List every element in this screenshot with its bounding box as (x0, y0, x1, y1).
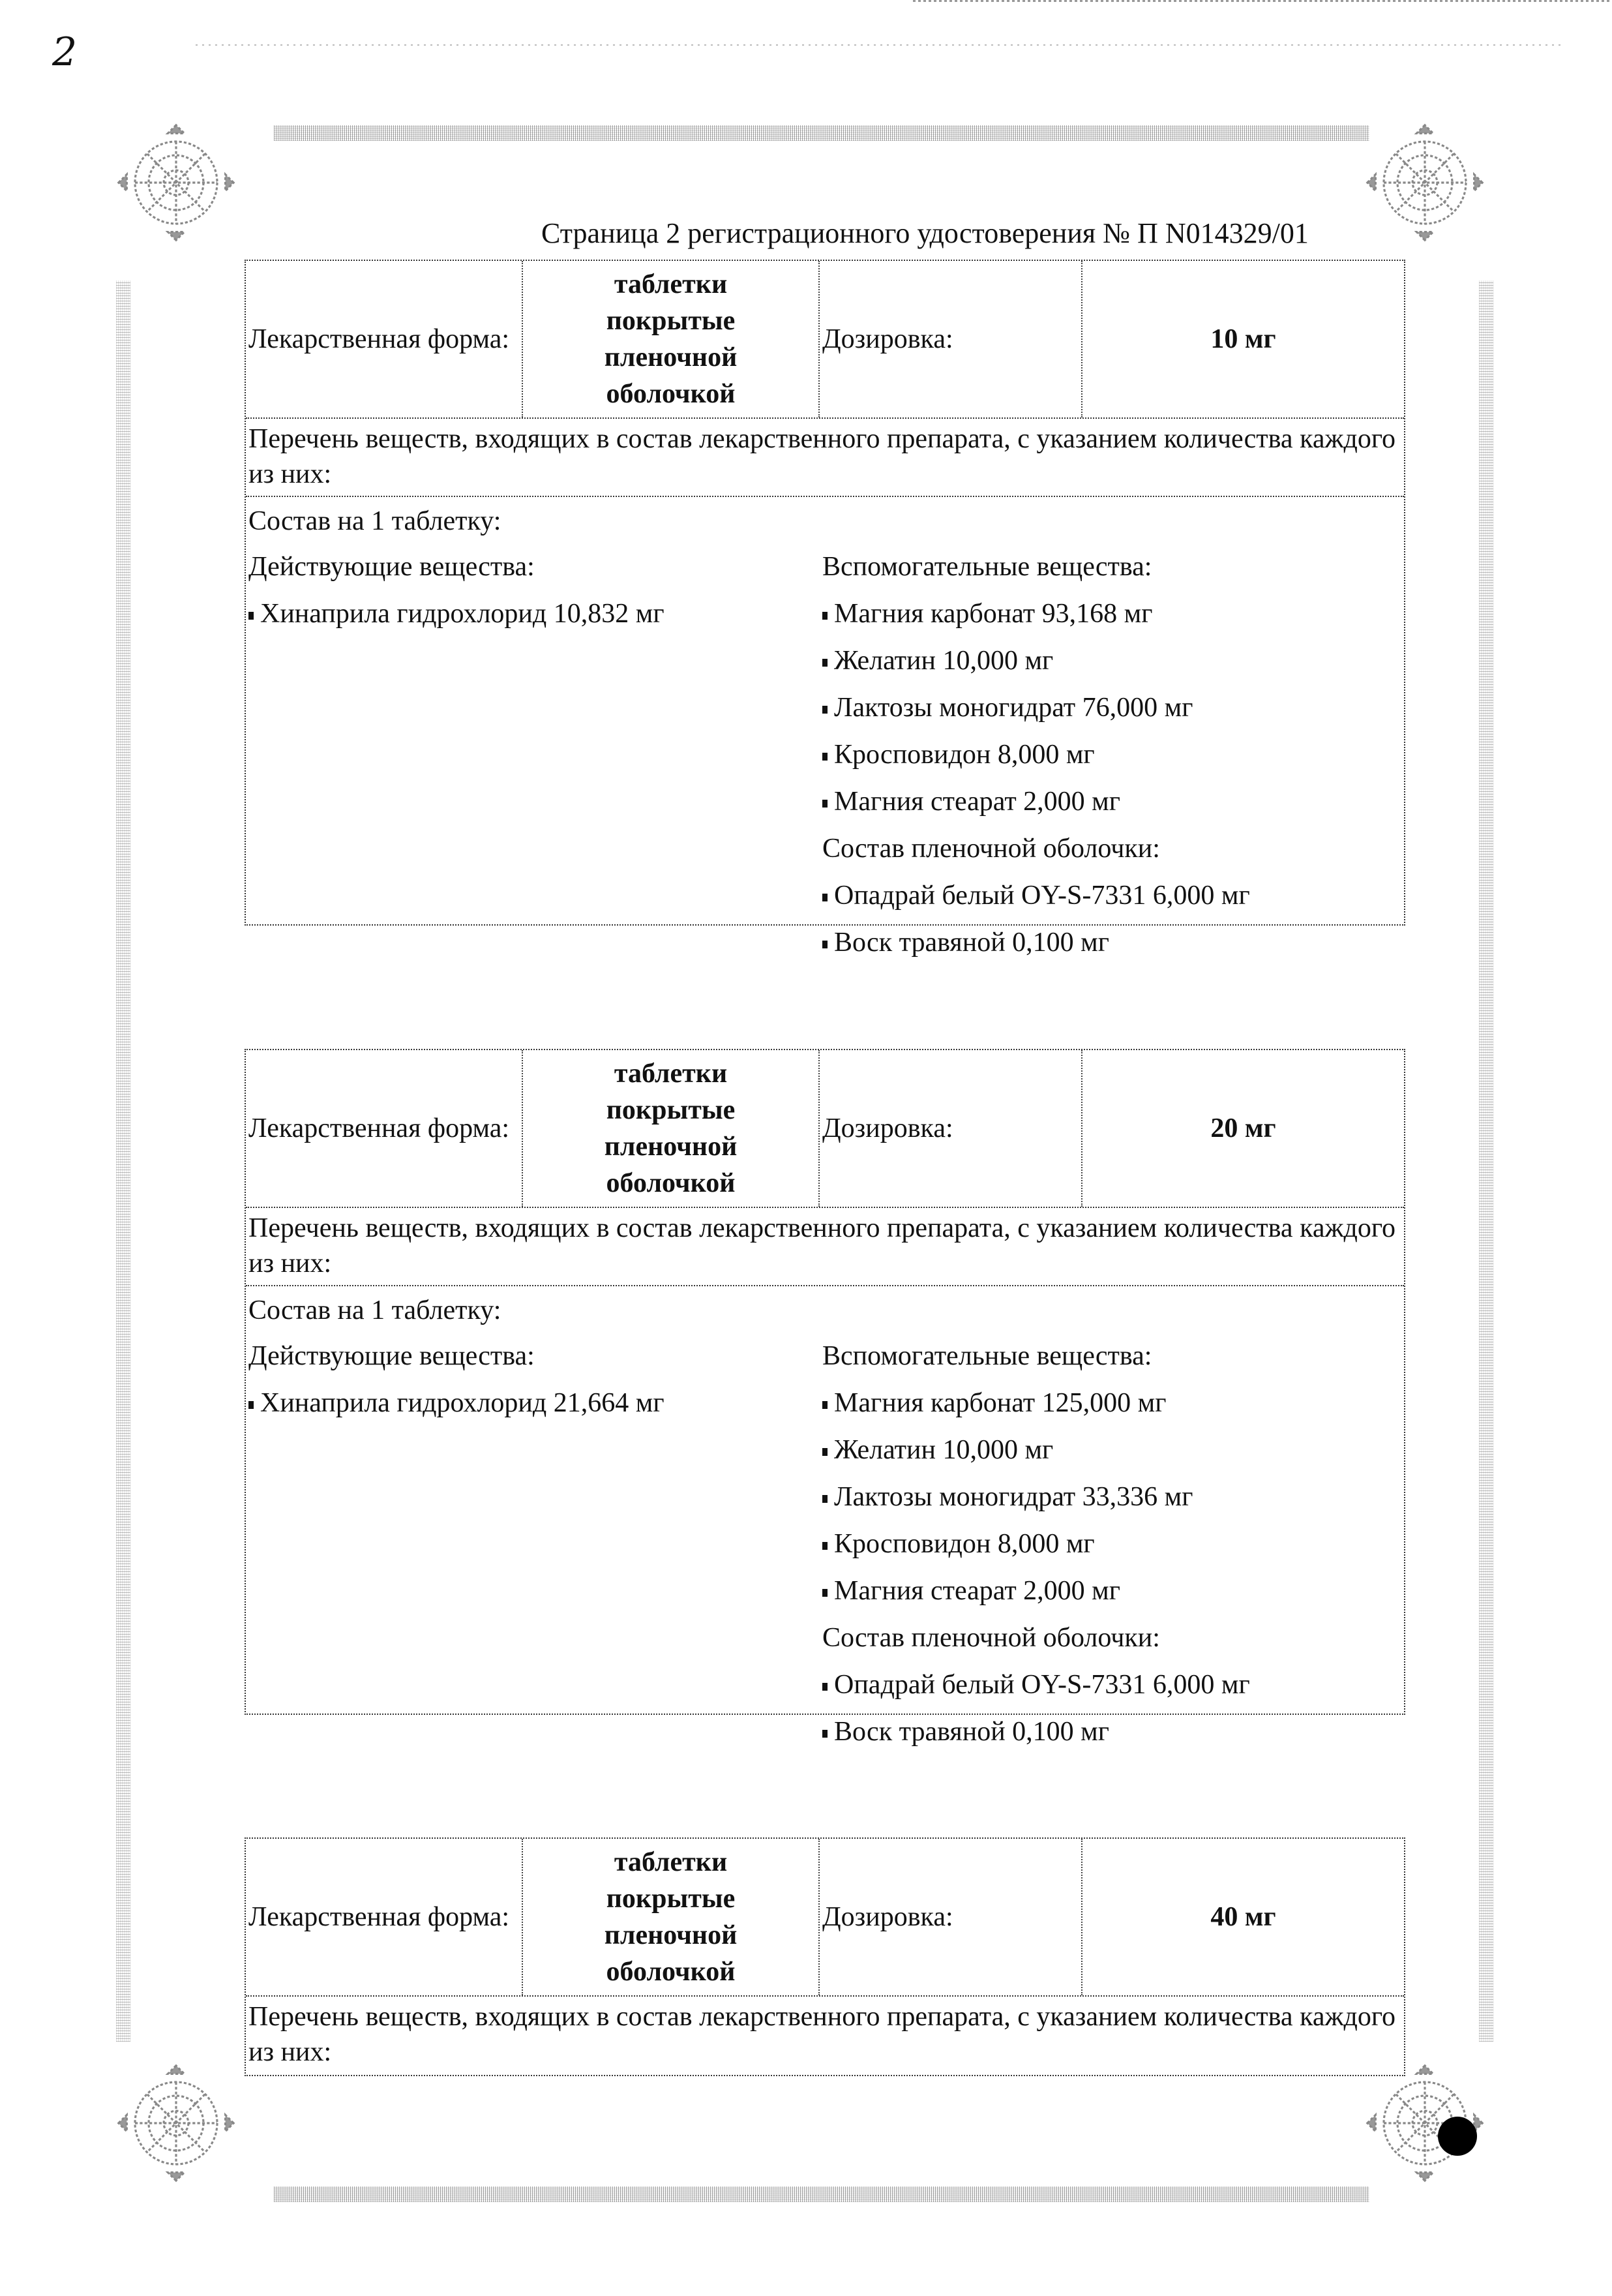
coating-heading: Состав пленочной оболочки: (822, 830, 1401, 868)
form-line: оболочкой (606, 1954, 736, 1990)
bullet-icon (248, 1401, 254, 1409)
list-item: Магния стеарат 2,000 мг (822, 783, 1401, 821)
excipients: Вспомогательные вещества: Магния карбона… (822, 1337, 1401, 1760)
list-item: Лактозы моногидрат 76,000 мг (822, 689, 1401, 727)
list-item: Магния карбонат 93,168 мг (822, 595, 1401, 633)
form-line: покрытые (606, 1881, 736, 1917)
dose-value: 10 мг (1082, 261, 1404, 417)
form-line: покрытые (606, 303, 736, 339)
substances-list-heading: Перечень веществ, входящих в состав лека… (246, 1997, 1404, 2075)
list-item: Магния стеарат 2,000 мг (822, 1572, 1401, 1610)
substances-list-heading: Перечень веществ, входящих в состав лека… (246, 419, 1404, 497)
bullet-icon (822, 753, 828, 761)
bullet-icon (822, 800, 828, 808)
decorative-border-top (274, 125, 1369, 141)
excipients-heading: Вспомогательные вещества: (822, 548, 1401, 586)
item-text: Хинаприла гидрохлорид 10,832 мг (260, 599, 664, 629)
scan-edge-line (913, 0, 1612, 2)
dosage-block-10mg: Лекарственная форма: таблетки покрытые п… (245, 260, 1405, 926)
form-label: Лекарственная форма: (246, 261, 523, 417)
form-line: пленочной (604, 1128, 738, 1165)
composition-title: Состав на 1 таблетку: (248, 502, 1401, 540)
item-text: Лактозы моногидрат 33,336 мг (834, 1482, 1193, 1512)
form-line: оболочкой (606, 376, 736, 412)
bullet-icon (822, 612, 828, 620)
item-text: Воск травяной 0,100 мг (834, 928, 1109, 958)
item-text: Желатин 10,000 мг (834, 1435, 1053, 1465)
coating-heading: Состав пленочной оболочки: (822, 1619, 1401, 1657)
active-heading: Действующие вещества: (248, 1337, 822, 1375)
excipients: Вспомогательные вещества: Магния карбона… (822, 548, 1401, 971)
bullet-icon (822, 1683, 828, 1691)
active-heading: Действующие вещества: (248, 548, 822, 586)
form-line: таблетки (614, 266, 727, 303)
excipients-heading: Вспомогательные вещества: (822, 1337, 1401, 1375)
decorative-border-left (116, 280, 130, 2042)
form-row: Лекарственная форма: таблетки покрытые п… (246, 1050, 1404, 1208)
form-row: Лекарственная форма: таблетки покрытые п… (246, 1839, 1404, 1997)
item-text: Кросповидон 8,000 мг (834, 1529, 1095, 1559)
substances-list-heading: Перечень веществ, входящих в состав лека… (246, 1208, 1404, 1286)
composition-title: Состав на 1 таблетку: (248, 1291, 1401, 1329)
dose-label: Дозировка: (820, 1839, 1082, 1995)
active-substances: Действующие вещества: Хинаприла гидрохло… (248, 548, 822, 971)
item-text: Лактозы моногидрат 76,000 мг (834, 693, 1193, 723)
bullet-icon (822, 1542, 828, 1550)
bullet-icon (822, 894, 828, 901)
handwritten-page-number: 2 (52, 29, 77, 75)
item-text: Опадрай белый OY-S-7331 6,000 мг (834, 881, 1250, 911)
item-text: Магния стеарат 2,000 мг (834, 787, 1120, 817)
form-line: таблетки (614, 1055, 727, 1092)
list-item: Опадрай белый OY-S-7331 6,000 мг (822, 1666, 1401, 1704)
list-item: Лактозы моногидрат 33,336 мг (822, 1478, 1401, 1516)
active-substances: Действующие вещества: Хинаприла гидрохло… (248, 1337, 822, 1760)
list-item: Хинаприла гидрохлорид 10,832 мг (248, 595, 822, 633)
dose-label: Дозировка: (820, 261, 1082, 417)
bullet-icon (822, 1401, 828, 1409)
item-text: Кросповидон 8,000 мг (834, 740, 1095, 770)
form-label: Лекарственная форма: (246, 1839, 523, 1995)
form-line: покрытые (606, 1092, 736, 1128)
list-item: Хинаприла гидрохлорид 21,664 мг (248, 1384, 822, 1422)
form-line: оболочкой (606, 1165, 736, 1201)
item-text: Желатин 10,000 мг (834, 646, 1053, 676)
bullet-icon (248, 612, 254, 620)
item-text: Хинаприла гидрохлорид 21,664 мг (260, 1388, 664, 1418)
page-header: Страница 2 регистрационного удостоверени… (541, 217, 1309, 250)
bullet-icon (822, 659, 828, 667)
item-text: Магния стеарат 2,000 мг (834, 1576, 1120, 1606)
list-item: Магния карбонат 125,000 мг (822, 1384, 1401, 1422)
item-text: Магния карбонат 93,168 мг (834, 599, 1152, 629)
form-line: пленочной (604, 1917, 738, 1954)
bullet-icon (822, 1448, 828, 1456)
item-text: Магния карбонат 125,000 мг (834, 1388, 1166, 1418)
bullet-icon (822, 1495, 828, 1503)
form-label: Лекарственная форма: (246, 1050, 523, 1207)
list-item: Желатин 10,000 мг (822, 642, 1401, 680)
bullet-icon (822, 1589, 828, 1597)
scan-faint-line (196, 44, 1565, 46)
form-value: таблетки покрытые пленочной оболочкой (523, 261, 820, 417)
list-item: Воск травяной 0,100 мг (822, 1713, 1401, 1751)
decorative-border-bottom (274, 2186, 1369, 2202)
dose-value: 40 мг (1082, 1839, 1404, 1995)
dose-value: 20 мг (1082, 1050, 1404, 1207)
item-text: Воск травяной 0,100 мг (834, 1717, 1109, 1747)
list-item: Опадрай белый OY-S-7331 6,000 мг (822, 877, 1401, 914)
form-value: таблетки покрытые пленочной оболочкой (523, 1839, 820, 1995)
bullet-icon (822, 706, 828, 714)
bullet-icon (822, 1730, 828, 1738)
dosage-block-20mg: Лекарственная форма: таблетки покрытые п… (245, 1049, 1405, 1715)
composition-section: Состав на 1 таблетку: Действующие вещест… (246, 497, 1404, 924)
list-item: Желатин 10,000 мг (822, 1431, 1401, 1469)
form-value: таблетки покрытые пленочной оболочкой (523, 1050, 820, 1207)
rosette-ornament-icon (1356, 114, 1493, 251)
list-item: Кросповидон 8,000 мг (822, 736, 1401, 774)
form-line: пленочной (604, 339, 738, 376)
seal-dot-icon (1438, 2117, 1477, 2156)
composition-section: Состав на 1 таблетку: Действующие вещест… (246, 1286, 1404, 1714)
form-line: таблетки (614, 1844, 727, 1881)
dosage-block-40mg: Лекарственная форма: таблетки покрытые п… (245, 1837, 1405, 2076)
rosette-ornament-icon (108, 114, 245, 251)
bullet-icon (822, 941, 828, 948)
decorative-border-right (1479, 280, 1493, 2042)
rosette-ornament-icon (108, 2055, 245, 2192)
dose-label: Дозировка: (820, 1050, 1082, 1207)
form-row: Лекарственная форма: таблетки покрытые п… (246, 261, 1404, 419)
list-item: Кросповидон 8,000 мг (822, 1525, 1401, 1563)
list-item: Воск травяной 0,100 мг (822, 924, 1401, 961)
item-text: Опадрай белый OY-S-7331 6,000 мг (834, 1670, 1250, 1700)
